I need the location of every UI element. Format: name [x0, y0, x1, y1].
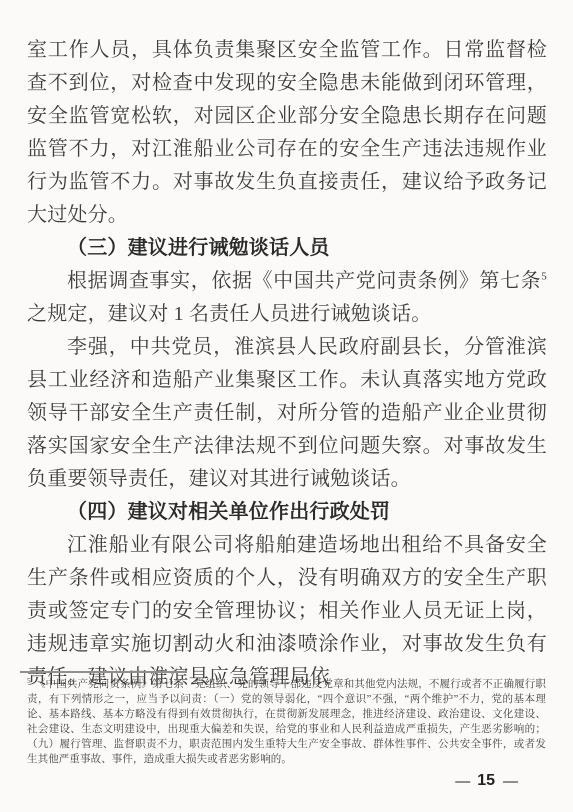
paragraph-text: 根据调查事实，依据《中国共产党问责条例》第七条 — [67, 270, 541, 292]
page-number-value: 15 — [477, 772, 495, 790]
footnote-separator-rule — [20, 671, 187, 673]
footnote-area: 5《中国共产党问责条例》第七条 党组织、党的领导干部违反党章和其他党内法规，不履… — [27, 671, 546, 767]
footnote-text: 5《中国共产党问责条例》第七条 党组织、党的领导干部违反党章和其他党内法规，不履… — [27, 677, 546, 767]
paragraph-text: 之规定，建议对 1 名责任人员进行诫勉谈话。 — [27, 303, 431, 325]
paragraph-company: 江淮船业有限公司将船舶建造场地出租给不具备安全生产条件或相应资质的个人，没有明确… — [27, 529, 547, 694]
page-number-dash-left: — — [455, 773, 469, 790]
paragraph-continuation: 室工作人员，具体负责集聚区安全监管工作。日常监督检查不到位，对检查中发现的安全隐… — [27, 34, 547, 232]
document-page: 室工作人员，具体负责集聚区安全监管工作。日常监督检查不到位，对检查中发现的安全隐… — [0, 0, 573, 812]
section-heading-four: （四）建议对相关单位作出行政处罚 — [27, 496, 547, 529]
footnote-reference-mark: 5 — [541, 270, 547, 282]
document-body: 室工作人员，具体负责集聚区安全监管工作。日常监督检查不到位，对检查中发现的安全隐… — [27, 34, 547, 694]
paragraph-law-citation: 根据调查事实，依据《中国共产党问责条例》第七条5之规定，建议对 1 名责任人员进… — [27, 265, 547, 331]
footnote-body: 《中国共产党问责条例》第七条 党组织、党的领导干部违反党章和其他党内法规，不履行… — [27, 679, 546, 765]
page-number: — 15 — — [455, 772, 517, 790]
paragraph-li-qiang: 李强，中共党员，淮滨县人民政府副县长，分管淮滨县工业经济和造船产业集聚区工作。未… — [27, 331, 547, 496]
section-heading-three: （三）建议进行诫勉谈话人员 — [27, 232, 547, 265]
page-number-dash-right: — — [503, 773, 517, 790]
footnote-marker: 5 — [27, 676, 31, 685]
